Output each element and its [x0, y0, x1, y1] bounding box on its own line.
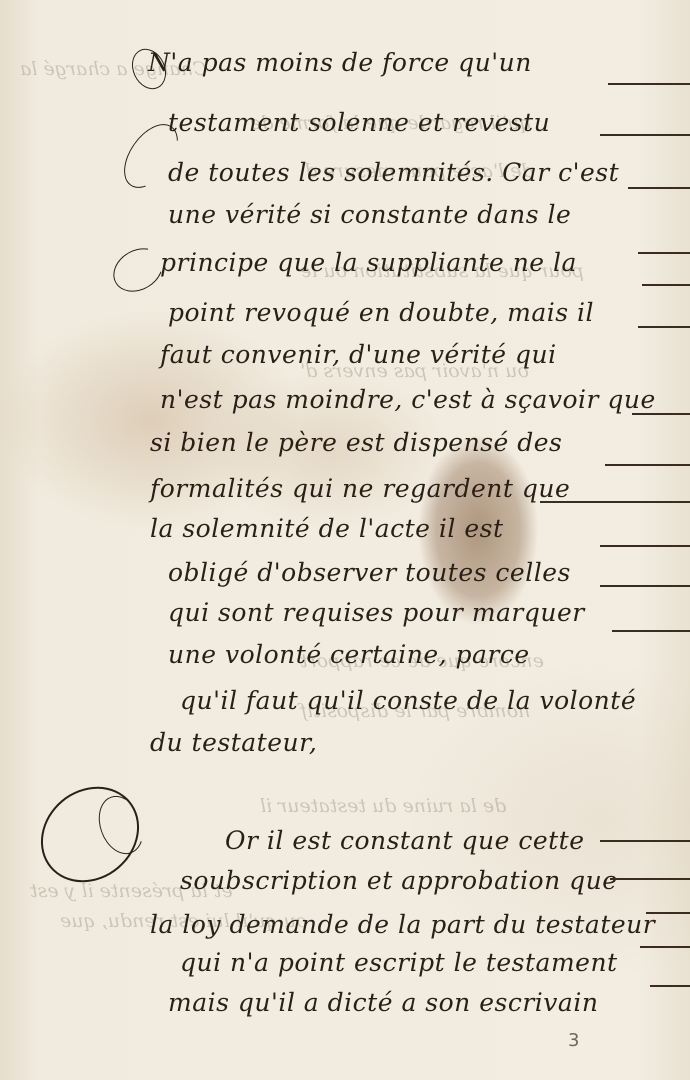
line-filler — [600, 134, 690, 136]
line-filler — [650, 985, 690, 987]
line-filler — [642, 284, 690, 286]
text-line-19: la loy demande de la part du testateur — [150, 910, 655, 939]
text-line-6: point revoqué en doubte, mais il — [168, 298, 594, 327]
line-filler — [646, 912, 690, 914]
text-line-3: de toutes les solemnités. Car c'est — [168, 158, 619, 187]
text-line-20: qui n'a point escript le testament — [180, 948, 618, 977]
line-filler — [640, 946, 690, 948]
text-line-7: faut convenir, d'une vérité qui — [160, 340, 557, 369]
text-line-21: mais qu'il a dicté a son escrivain — [168, 988, 598, 1017]
text-line-18: soubscription et approbation que — [180, 866, 618, 895]
text-line-14: une volonté certaine, parce — [168, 640, 530, 669]
line-filler — [638, 326, 690, 328]
line-filler — [632, 413, 690, 415]
text-line-9: si bien le père est dispensé des — [150, 428, 562, 457]
text-line-10: formalités qui ne regardent que — [150, 474, 570, 503]
bleed-through-text: de la ruine du testateur il — [260, 795, 506, 817]
line-filler — [638, 252, 690, 254]
line-filler — [540, 501, 690, 503]
line-filler — [628, 187, 690, 189]
text-line-8: n'est pas moindre, c'est à sçavoir que — [160, 385, 656, 414]
text-line-5: principe que la suppliante ne la — [160, 248, 577, 277]
line-filler — [600, 840, 690, 842]
text-line-17: Or il est constant que cette — [225, 826, 585, 855]
text-line-1: N'a pas moins de force qu'un — [148, 48, 532, 77]
line-filler — [600, 585, 690, 587]
page-number: 3 — [568, 1030, 579, 1051]
line-filler — [608, 83, 690, 85]
text-line-4: une vérité si constante dans le — [168, 200, 571, 229]
line-filler — [612, 630, 690, 632]
manuscript-page: Change a chargé la qu'il regarde que la … — [0, 0, 690, 1080]
text-line-2: testament solenne et revestu — [168, 108, 550, 137]
text-line-15: qu'il faut qu'il conste de la volonté — [180, 686, 636, 715]
text-line-12: obligé d'observer toutes celles — [168, 558, 571, 587]
line-filler — [605, 464, 690, 466]
text-line-16: du testateur, — [150, 728, 317, 757]
line-filler — [610, 878, 690, 880]
text-line-11: la solemnité de l'acte il est — [150, 514, 504, 543]
line-filler — [600, 545, 690, 547]
text-line-13: qui sont requises pour marquer — [168, 598, 585, 627]
